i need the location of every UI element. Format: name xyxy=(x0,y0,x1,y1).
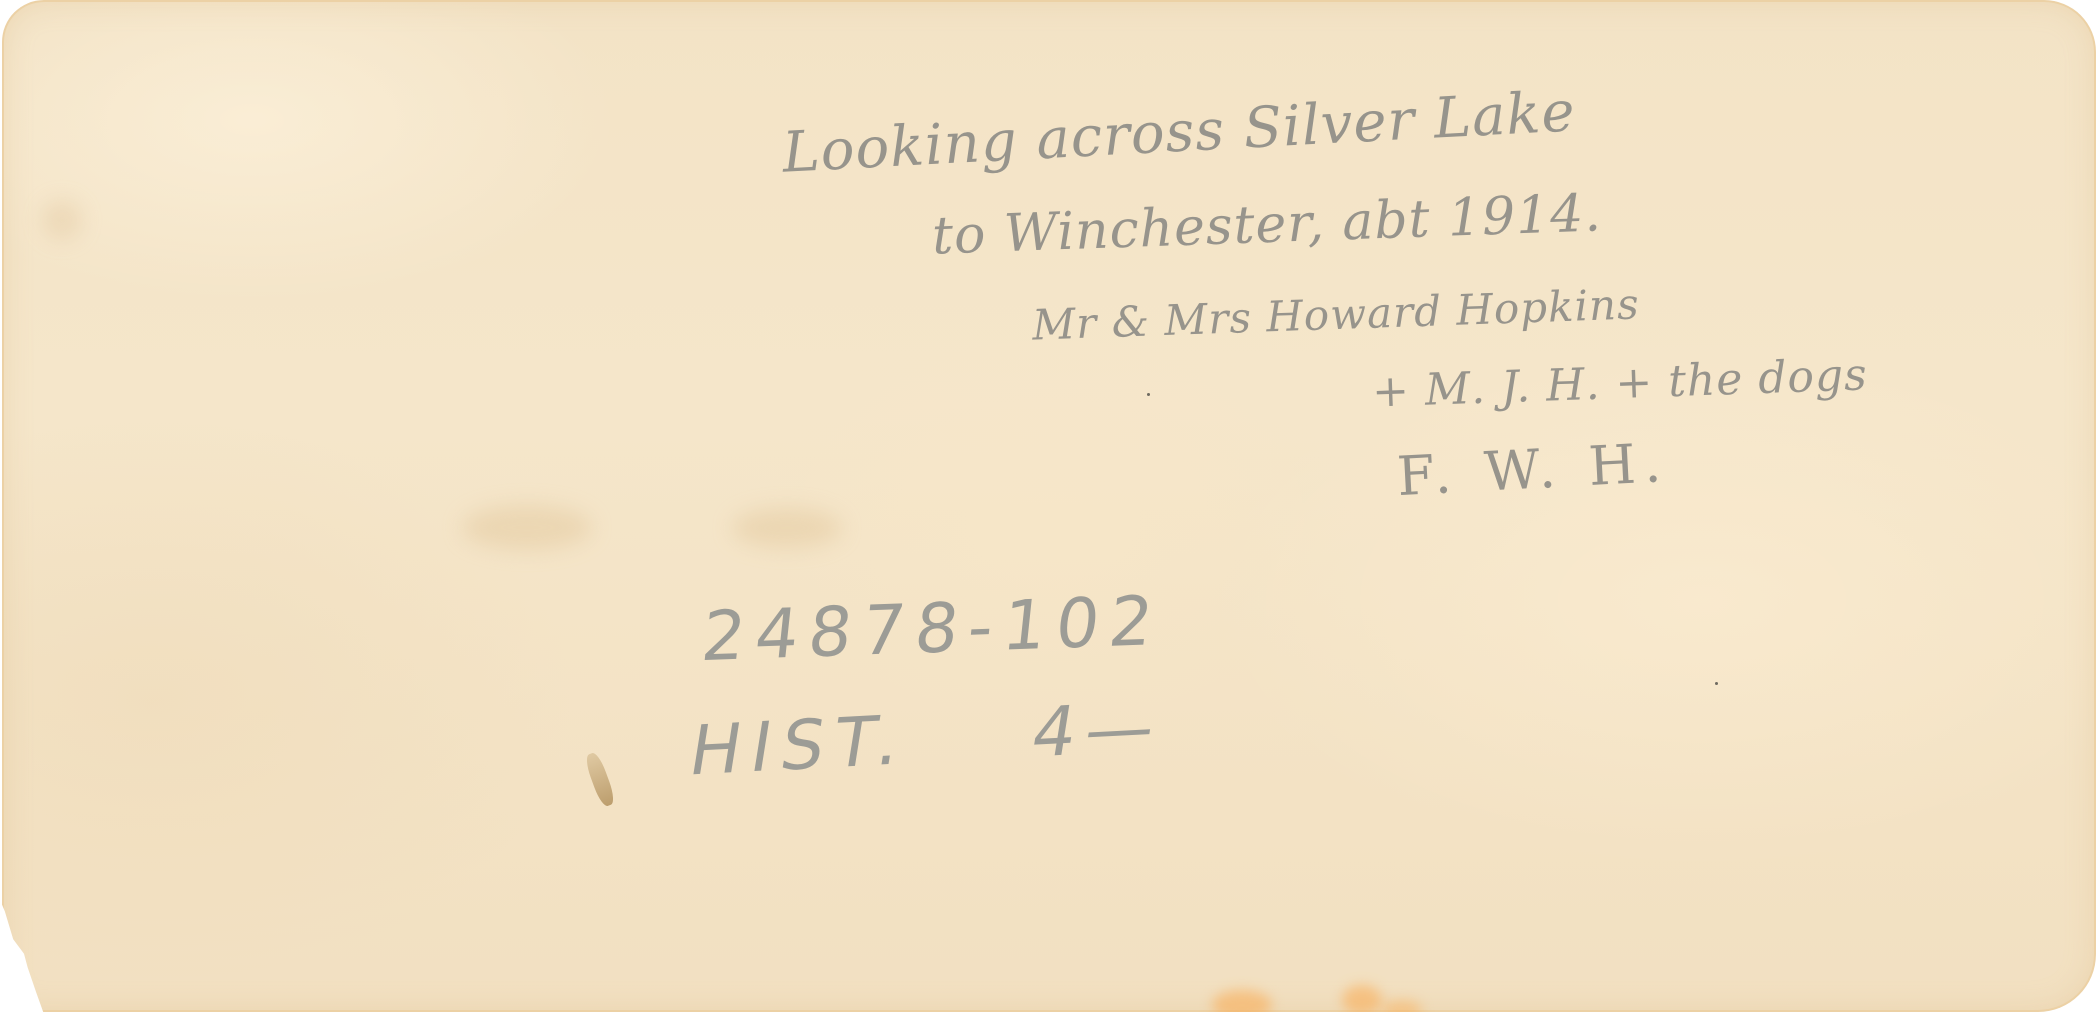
catalog-category: HIST. 4— xyxy=(684,687,1170,792)
scan-canvas: Looking across Silver Lake to Winchester… xyxy=(0,0,2100,1012)
edge-stain xyxy=(1342,985,1382,1012)
edge-stain xyxy=(1212,990,1272,1012)
pencil-dot xyxy=(1715,682,1718,685)
pencil-dot xyxy=(1147,393,1150,396)
inscription-line-2: to Winchester, abt 1914. xyxy=(931,183,1603,266)
catalog-number: 24878-102 xyxy=(698,582,1167,677)
inscription-signature: F. W. H. xyxy=(1396,431,1671,508)
inscription-line-3: Mr & Mrs Howard Hopkins xyxy=(1031,279,1640,349)
stain-mark xyxy=(42,200,82,240)
paper-blemish xyxy=(583,751,617,808)
stereoview-card-back: Looking across Silver Lake to Winchester… xyxy=(2,0,2096,1012)
catalog-value: 4— xyxy=(1026,687,1170,774)
inscription-line-1: Looking across Silver Lake xyxy=(781,79,1577,185)
edge-stain xyxy=(1382,1000,1422,1012)
catalog-category-label: HIST. xyxy=(684,701,916,792)
stain-mark xyxy=(462,505,592,550)
stain-mark xyxy=(732,508,842,548)
inscription-line-4: + M. J. H. + the dogs xyxy=(1371,349,1868,417)
